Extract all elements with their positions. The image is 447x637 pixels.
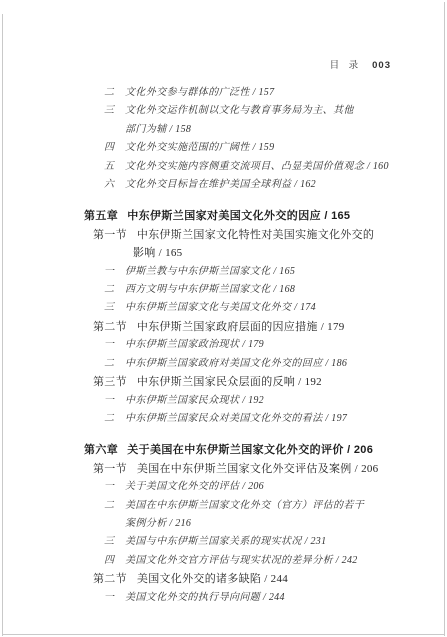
toc-item: 四美国文化外交官方评估与现实状况的差异分析 / 242 — [104, 552, 414, 570]
entry-number: 五 — [104, 158, 125, 176]
entry-page-ref: / 244 — [260, 592, 285, 603]
toc-item: 二美国在中东伊斯兰国家文化外交（官方）评估的若干 — [104, 497, 414, 515]
entry-title: 美国在中东伊斯兰国家文化外交（官方）评估的若干 — [125, 500, 364, 511]
entry-title: 文化外交实施范围的广阔性 — [125, 142, 250, 153]
toc-item: 一中东伊斯兰国家民众现状 / 192 — [104, 392, 414, 410]
entry-page-ref: / 244 — [261, 573, 288, 585]
entry-title: 案例分析 — [125, 518, 167, 529]
toc-item: 二西方文明与中东伊斯兰国家文化 / 168 — [104, 281, 414, 299]
entry-page-ref: / 157 — [250, 87, 275, 98]
entry-page-ref: / 160 — [364, 161, 389, 172]
entry-number: 三 — [104, 102, 125, 120]
entry-number: 一 — [104, 478, 125, 496]
page-edge-left — [2, 14, 3, 636]
toc-item: 五文化外交实施内容侧重交流项目、凸显美国价值观念 / 160 — [104, 158, 414, 176]
entry-title: 中东伊斯兰国家文化与美国文化外交 — [125, 302, 291, 313]
toc-list: 二文化外交参与群体的广泛性 / 157三文化外交运作机制以文化与教育事务局为主、… — [84, 84, 414, 607]
entry-page-ref: / 174 — [291, 302, 316, 313]
entry-number: 二 — [104, 355, 125, 373]
page-edge-bottom — [2, 634, 445, 635]
entry-page-ref: / 242 — [333, 555, 358, 566]
entry-title: 中东伊斯兰国家民众现状 — [125, 395, 239, 406]
entry-page-ref: / 192 — [295, 376, 322, 388]
entry-number: 第三节 — [93, 373, 127, 391]
entry-title: 关于美国在中东伊斯兰国家文化外交的评价 — [127, 444, 344, 456]
entry-title: 美国文化外交的执行导向问题 — [125, 592, 260, 603]
toc-continuation-item: 案例分析 / 216 — [125, 515, 414, 533]
toc-item: 二文化外交参与群体的广泛性 / 157 — [104, 84, 414, 102]
entry-page-ref: / 165 — [321, 210, 350, 222]
entry-title: 关于美国文化外交的评估 — [125, 481, 239, 492]
toc-continuation-section: 影响 / 165 — [133, 244, 414, 262]
toc-item: 三美国与中东伊斯兰国家关系的现实状况 / 231 — [104, 533, 414, 551]
entry-title: 文化外交运作机制以文化与教育事务局为主、其他 — [125, 105, 354, 116]
entry-page-ref: / 206 — [352, 463, 379, 475]
toc-item: 二中东伊斯兰国家政府对美国文化外交的回应 / 186 — [104, 355, 414, 373]
toc-item: 一美国文化外交的执行导向问题 / 244 — [104, 589, 414, 607]
entry-number: 一 — [104, 263, 125, 281]
toc-section: 第二节中东伊斯兰国家政府层面的因应措施 / 179 — [93, 318, 414, 336]
entry-page-ref: / 206 — [344, 444, 373, 456]
toc-item: 一关于美国文化外交的评估 / 206 — [104, 478, 414, 496]
entry-page-ref: / 231 — [302, 536, 327, 547]
toc-section: 第二节美国文化外交的诸多缺陷 / 244 — [93, 570, 414, 588]
entry-number: 第六章 — [84, 441, 118, 459]
entry-title: 美国在中东伊斯兰国家文化外交评估及案例 — [137, 463, 352, 475]
entry-title: 中东伊斯兰国家对美国文化外交的因应 — [127, 210, 321, 222]
entry-page-ref: / 206 — [239, 481, 264, 492]
entry-page-ref: / 162 — [291, 179, 316, 190]
toc-item: 三中东伊斯兰国家文化与美国文化外交 / 174 — [104, 299, 414, 317]
entry-page-ref: / 192 — [239, 395, 264, 406]
toc-section: 第一节美国在中东伊斯兰国家文化外交评估及案例 / 206 — [93, 460, 414, 478]
entry-title: 影响 — [133, 247, 156, 259]
entry-number: 一 — [104, 392, 125, 410]
toc-page: 目 录 003 二文化外交参与群体的广泛性 / 157三文化外交运作机制以文化与… — [0, 0, 447, 637]
entry-title: 美国文化外交的诸多缺陷 — [137, 573, 261, 585]
entry-number: 二 — [104, 497, 125, 515]
toc-chapter: 第五章中东伊斯兰国家对美国文化外交的因应 / 165 — [84, 207, 414, 225]
entry-number: 二 — [104, 281, 125, 299]
entry-number: 二 — [104, 84, 125, 102]
entry-page-ref: / 165 — [271, 266, 296, 277]
entry-page-ref: / 165 — [156, 247, 183, 259]
header-title: 目 录 — [330, 57, 359, 71]
entry-page-ref: / 159 — [250, 142, 275, 153]
entry-number: 四 — [104, 552, 125, 570]
entry-number: 第一节 — [93, 226, 127, 244]
toc-item: 三文化外交运作机制以文化与教育事务局为主、其他 — [104, 102, 414, 120]
entry-number: 三 — [104, 533, 125, 551]
entry-title: 文化外交实施内容侧重交流项目、凸显美国价值观念 — [125, 161, 364, 172]
entry-number: 第一节 — [93, 460, 127, 478]
entry-page-ref: / 186 — [323, 358, 348, 369]
entry-title: 中东伊斯兰国家民众对美国文化外交的看法 — [125, 413, 323, 424]
toc-chapter: 第六章关于美国在中东伊斯兰国家文化外交的评价 / 206 — [84, 441, 414, 459]
entry-title: 中东伊斯兰国家政府层面的因应措施 — [137, 321, 318, 333]
entry-title: 美国与中东伊斯兰国家关系的现实状况 — [125, 536, 302, 547]
toc-section: 第一节中东伊斯兰国家文化特性对美国实施文化外交的 — [93, 226, 414, 244]
entry-number: 六 — [104, 176, 125, 194]
page-header: 目 录 003 — [330, 57, 391, 71]
entry-page-ref: / 179 — [239, 339, 264, 350]
entry-page-ref: / 216 — [167, 518, 192, 529]
entry-number: 三 — [104, 299, 125, 317]
entry-page-ref: / 197 — [323, 413, 348, 424]
entry-page-ref: / 179 — [318, 321, 345, 333]
entry-title: 中东伊斯兰国家政治现状 — [125, 339, 239, 350]
entry-number: 二 — [104, 410, 125, 428]
entry-title: 西方文明与中东伊斯兰国家文化 — [125, 284, 271, 295]
toc-item: 六文化外交目标旨在维护美国全球利益 / 162 — [104, 176, 414, 194]
entry-number: 一 — [104, 336, 125, 354]
entry-number: 第二节 — [93, 318, 127, 336]
entry-title: 中东伊斯兰国家文化特性对美国实施文化外交的 — [137, 229, 374, 241]
toc-continuation-item: 部门为辅 / 158 — [125, 121, 414, 139]
toc-item: 四文化外交实施范围的广阔性 / 159 — [104, 139, 414, 157]
entry-number: 四 — [104, 139, 125, 157]
toc-item: 二中东伊斯兰国家民众对美国文化外交的看法 / 197 — [104, 410, 414, 428]
entry-title: 伊斯兰教与中东伊斯兰国家文化 — [125, 266, 271, 277]
entry-page-ref: / 158 — [167, 124, 192, 135]
entry-title: 部门为辅 — [125, 124, 167, 135]
toc-item: 一中东伊斯兰国家政治现状 / 179 — [104, 336, 414, 354]
page-edge-right — [444, 2, 445, 636]
entry-number: 第二节 — [93, 570, 127, 588]
entry-number: 第五章 — [84, 207, 118, 225]
entry-number: 一 — [104, 589, 125, 607]
entry-page-ref: / 168 — [271, 284, 296, 295]
entry-title: 中东伊斯兰国家民众层面的反响 — [137, 376, 295, 388]
toc-item: 一伊斯兰教与中东伊斯兰国家文化 / 165 — [104, 263, 414, 281]
entry-title: 文化外交目标旨在维护美国全球利益 — [125, 179, 291, 190]
entry-title: 美国文化外交官方评估与现实状况的差异分析 — [125, 555, 333, 566]
entry-title: 中东伊斯兰国家政府对美国文化外交的回应 — [125, 358, 323, 369]
toc-section: 第三节中东伊斯兰国家民众层面的反响 / 192 — [93, 373, 414, 391]
entry-title: 文化外交参与群体的广泛性 — [125, 87, 250, 98]
header-page-number: 003 — [372, 60, 391, 71]
